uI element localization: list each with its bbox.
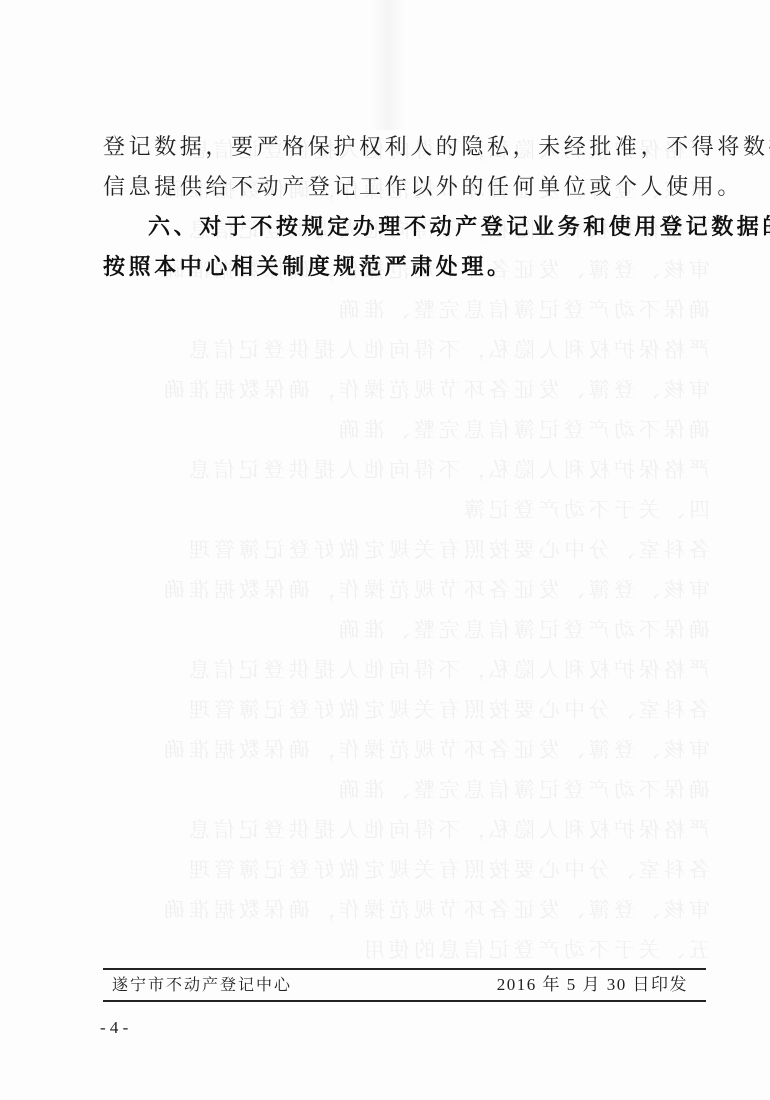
bleed-line: 各科室、分中心要按照有关规定做好登记簿管理: [60, 690, 710, 730]
footer-bottom-rule: [103, 1000, 706, 1002]
section-six-continuation-line: 按照本中心相关制度规范严肃处理。: [103, 248, 703, 288]
bleed-line: 严格保护权利人隐私，不得向他人提供登记信息: [60, 650, 710, 690]
bleed-line: 审核、登簿、发证各环节规范操作，确保数据准确: [60, 370, 710, 410]
bleed-line: 审核、登簿、发证各环节规范操作，确保数据准确: [60, 890, 710, 930]
footer-top-rule: [103, 968, 706, 970]
bleed-line: 各科室、分中心要按照有关规定做好登记簿管理: [60, 850, 710, 890]
section-six-heading-line: 六、对于不按规定办理不动产登记业务和使用登记数据的，: [103, 208, 703, 248]
bleed-line: 严格保护权利人隐私，不得向他人提供登记信息: [60, 450, 710, 490]
issue-date: 2016 年 5 月 30 日印发: [497, 972, 688, 998]
bleed-line: 确保不动产登记簿信息完整、准确: [60, 770, 710, 810]
bleed-line: 确保不动产登记簿信息完整、准确: [60, 610, 710, 650]
paragraph-line: 登记数据，要严格保护权利人的隐私，未经批准，不得将数据: [103, 128, 703, 168]
bleed-line: 四、关于不动产登记簿: [60, 490, 710, 530]
bleed-line: 确保不动产登记簿信息完整、准确: [60, 290, 710, 330]
bleed-line: 审核、登簿、发证各环节规范操作，确保数据准确: [60, 570, 710, 610]
document-body: 登记数据，要严格保护权利人的隐私，未经批准，不得将数据 信息提供给不动产登记工作…: [103, 128, 703, 288]
bleed-line: 各科室、分中心要按照有关规定做好登记簿管理: [60, 530, 710, 570]
issuer-name: 遂宁市不动产登记中心: [112, 972, 292, 998]
scan-crease-shadow: [370, 0, 406, 130]
page-number: - 4 -: [100, 1018, 128, 1038]
bleed-line: 严格保护权利人隐私，不得向他人提供登记信息: [60, 810, 710, 850]
bleed-line: 五、关于不动产登记信息的使用: [60, 930, 710, 970]
bleed-line: 确保不动产登记簿信息完整、准确: [60, 410, 710, 450]
paragraph-line: 信息提供给不动产登记工作以外的任何单位或个人使用。: [103, 168, 703, 208]
bleed-line: 严格保护权利人隐私，不得向他人提供登记信息: [60, 330, 710, 370]
bleed-line: 审核、登簿、发证各环节规范操作，确保数据准确: [60, 730, 710, 770]
